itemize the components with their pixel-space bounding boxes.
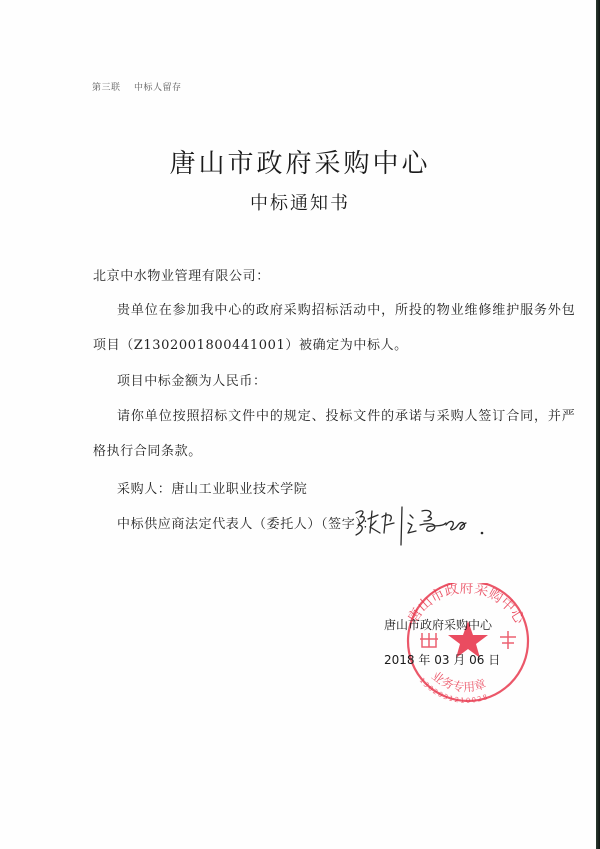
award-amount-label: 项目中标金额为人民币： [117,374,267,389]
notice-page: 第三联 中标人留存 唐山市政府采购中心 中标通知书 北京中水物业管理有限公司： … [0,0,600,849]
date-year-unit: 年 [418,653,430,667]
award-amount-row: 项目中标金额为人民币： [117,370,507,389]
date-month: 03 [434,653,449,667]
paragraph2-line2: 格执行合同条款。 [93,440,202,459]
issuer-name: 唐山市政府采购中心 [384,616,492,633]
copy-label: 第三联 中标人留存 [92,80,181,93]
paragraph2-line1: 请你单位按照招标文件中的规定、投标文件的承诺与采购人签订合同，并严 [117,405,576,424]
handwritten-signature [350,503,490,547]
date-year: 2018 [384,653,415,667]
official-stamp: 唐山市政府采购中心 业务专用章 1302031210028 [382,583,542,703]
document-title: 唐山市政府采购中心 [0,143,600,180]
addressee: 北京中水物业管理有限公司： [93,265,270,284]
paragraph1-line1: 贵单位在参加我中心的政府采购招标活动中，所投的物业维修维护服务外包 [117,299,576,318]
purchaser-line: 采购人：唐山工业职业技术学院 [117,478,307,497]
award-amount-redacted [267,376,507,388]
issue-date: 2018 年 03 月 06 日 [384,651,500,668]
representative-label: 中标供应商法定代表人（委托人）（签字）： [117,513,376,532]
paragraph1-line2: 项目（Z1302001800441001）被确定为中标人。 [93,334,408,353]
date-day-unit: 日 [488,653,500,667]
date-month-unit: 月 [453,653,465,667]
document-subtitle: 中标通知书 [0,189,600,215]
scanner-edge [596,0,600,849]
date-day: 06 [469,653,484,667]
